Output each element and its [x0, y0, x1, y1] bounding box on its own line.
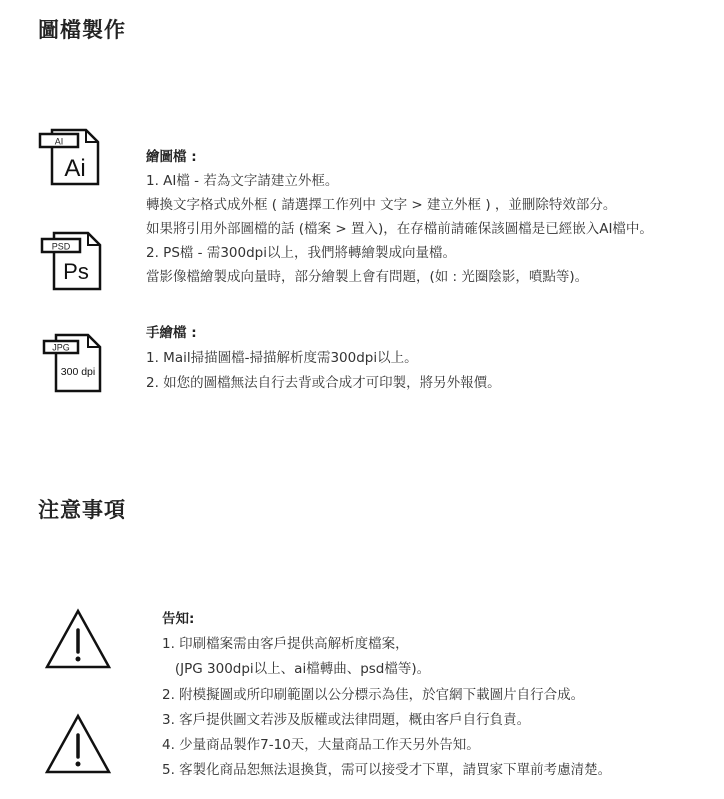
svg-text:AI: AI — [55, 137, 64, 147]
hand-drawn-line: 1. Mail掃描圖檔-掃描解析度需300dpi以上。 — [146, 346, 418, 366]
psd-file-icon: PSD Ps — [40, 231, 104, 293]
notice-line: (JPG 300dpi以上、ai檔轉曲、psd檔等)。 — [162, 657, 430, 677]
svg-text:JPG: JPG — [52, 343, 70, 353]
warning-icon — [44, 713, 112, 775]
notice-line: 4. 少量商品製作7-10天，大量商品工作天另外告知。 — [162, 733, 480, 753]
drawing-files-line: 轉換文字格式成外框 ( 請選擇工作列中 文字 > 建立外框 ) ，並刪除特效部分… — [146, 193, 616, 213]
hand-drawn-line: 2. 如您的圖檔無法自行去背或合成才可印製，將另外報價。 — [146, 371, 501, 391]
notice-block: 告知: 1. 印刷檔案需由客戶提供高解析度檔案， (JPG 300dpi以上、a… — [162, 607, 702, 787]
drawing-files-line: 當影像檔繪製成向量時，部分繪製上會有問題，(如 : 光圈陰影，噴點等)。 — [146, 265, 588, 285]
notice-line: 2. 附模擬圖或所印刷範圍以公分標示為佳，於官網下載圖片自行合成。 — [162, 683, 584, 703]
jpg-file-icon: JPG 300 dpi — [42, 333, 104, 395]
section-title-file-making: 圖檔製作 — [38, 14, 126, 44]
notice-line: 1. 印刷檔案需由客戶提供高解析度檔案， — [162, 632, 409, 652]
hand-drawn-block: 手繪檔 : 1. Mail掃描圖檔-掃描解析度需300dpi以上。 2. 如您的… — [146, 321, 646, 401]
ai-file-icon: AI Ai — [38, 128, 102, 186]
section-title-notes: 注意事項 — [38, 494, 126, 524]
drawing-files-line: 1. AI檔 - 若為文字請建立外框。 — [146, 169, 338, 189]
svg-text:Ai: Ai — [64, 155, 85, 182]
drawing-files-block: 繪圖檔 : 1. AI檔 - 若為文字請建立外框。 轉換文字格式成外框 ( 請選… — [146, 145, 716, 295]
notice-line: 3. 客戶提供圖文若涉及版權或法律問題，概由客戶自行負責。 — [162, 708, 530, 728]
drawing-files-heading: 繪圖檔 : — [146, 145, 197, 165]
svg-text:Ps: Ps — [63, 259, 89, 284]
drawing-files-line: 2. PS檔 - 需300dpi以上，我們將轉繪製成向量檔。 — [146, 241, 456, 261]
svg-text:300 dpi: 300 dpi — [61, 366, 95, 378]
warning-icon — [44, 608, 112, 670]
svg-text:PSD: PSD — [52, 242, 71, 252]
drawing-files-line: 如果將引用外部圖檔的話 (檔案 > 置入)，在存檔前請確保該圖檔是已經嵌入AI檔… — [146, 217, 653, 237]
notice-heading: 告知: — [162, 607, 194, 627]
notice-line: 5. 客製化商品恕無法退換貨，需可以接受才下單，請買家下單前考慮清楚。 — [162, 758, 611, 778]
hand-drawn-heading: 手繪檔 : — [146, 321, 197, 341]
